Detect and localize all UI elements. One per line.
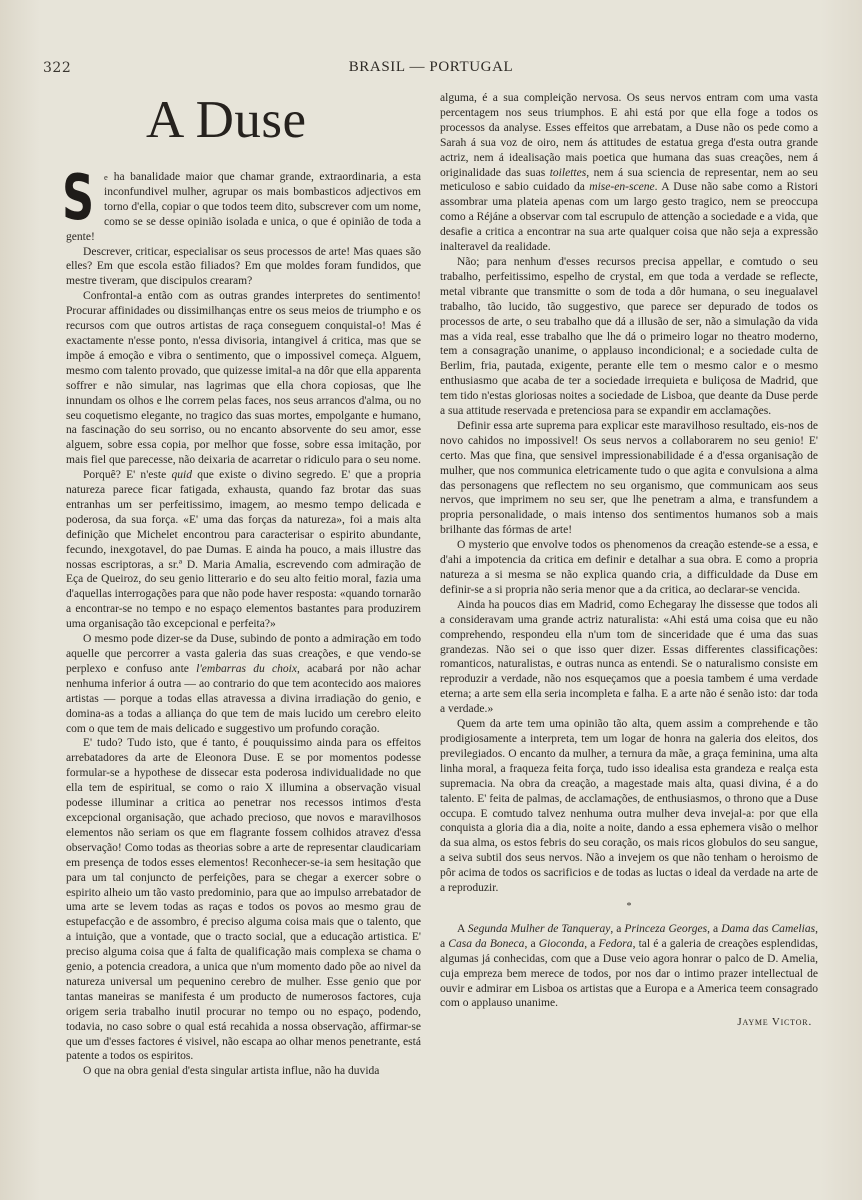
italic-title: Princeza Georges [624,923,707,935]
left-column: Se ha banalidade maior que chamar grande… [66,170,421,1079]
paragraph: Se ha banalidade maior que chamar grande… [66,170,421,245]
paragraph-text: , a [610,923,624,935]
paragraph: E' tudo? Tudo isto, que é tanto, é pouqu… [66,736,421,1064]
italic-text: toilettes [550,167,587,179]
magazine-page: 322 BRASIL — PORTUGAL A Duse Se ha banal… [0,0,862,1200]
author-signature: Jayme Victor. [440,1015,818,1030]
running-head: BRASIL — PORTUGAL [0,59,862,76]
paragraph-text: , a [584,938,598,950]
paragraph: Quem da arte tem uma opinião tão alta, q… [440,717,818,896]
paragraph: O mysterio que envolve todos os phenomen… [440,538,818,598]
italic-title: Gioconda [539,938,585,950]
article-title: A Duse [146,90,307,150]
paragraph-text: , a [524,938,538,950]
right-column: alguma, é a sua compleição nervosa. Os s… [440,91,818,1030]
paragraph: Confrontal-a então com as outras grandes… [66,289,421,468]
paragraph: Descrever, criticar, especialisar os seu… [66,245,421,290]
italic-title: Segunda Mulher de Tanqueray [468,923,611,935]
paragraph: alguma, é a sua compleição nervosa. Os s… [440,91,818,255]
paragraph-text: ha banalidade maior que chamar grande, e… [66,171,421,243]
italic-title: Dama das Camelias [721,923,815,935]
paragraph-text: A [457,923,468,935]
paragraph-text: , a [707,923,721,935]
italic-text: quid [171,469,192,481]
paragraph: O mesmo pode dizer-se da Duse, subindo d… [66,632,421,736]
italic-text: mise-en-scene [589,181,654,193]
paragraph: Não; para nenhum d'esses recursos precis… [440,255,818,419]
italic-text: l'embarras du choix [196,663,297,675]
drop-cap: S [62,172,86,224]
italic-title: Casa da Boneca [448,938,524,950]
paragraph: A Segunda Mulher de Tanqueray, a Princez… [440,922,818,1011]
paragraph-text: Porquê? E' n'este [83,469,171,481]
paragraph-text: que existe o divino segredo. E' que a pr… [66,469,421,630]
italic-title: Fedora [599,938,633,950]
paragraph: Porquê? E' n'este quid que existe o divi… [66,468,421,632]
paragraph: Definir essa arte suprema para explicar … [440,419,818,538]
section-separator: * [440,896,818,922]
paragraph: O que na obra genial d'esta singular art… [66,1064,421,1079]
paragraph: Ainda ha poucos dias em Madrid, como Ech… [440,598,818,717]
